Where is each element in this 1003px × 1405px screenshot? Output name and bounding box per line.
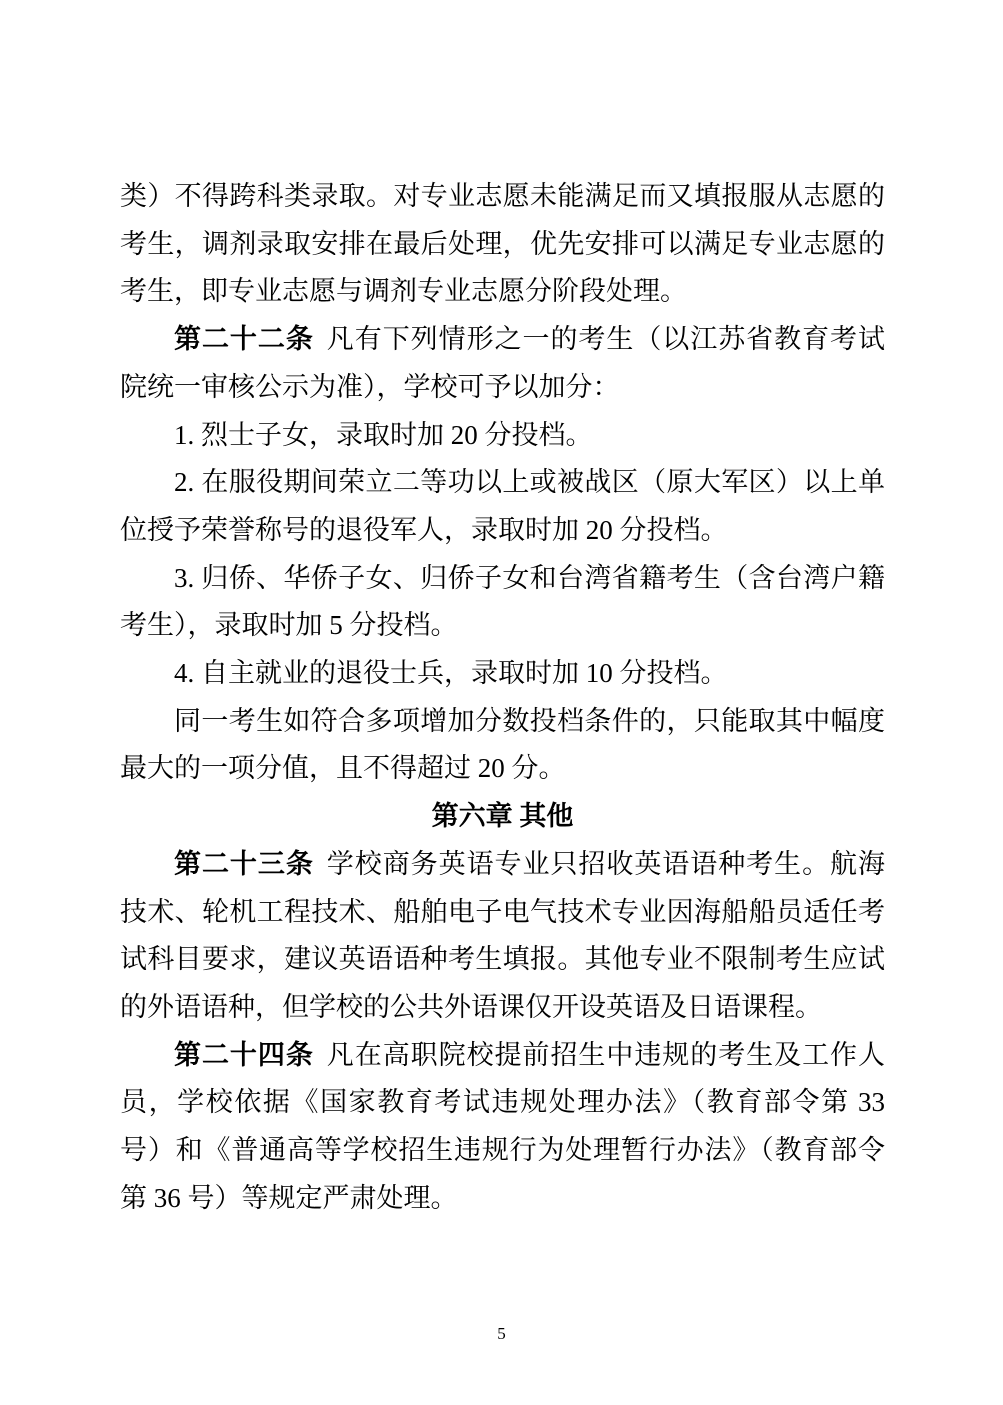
list-item-2: 2. 在服役期间荣立二等功以上或被战区（原大军区）以上单位授予荣誉称号的退役军人…	[120, 459, 885, 554]
list-item-1: 1. 烈士子女，录取时加 20 分投档。	[120, 412, 885, 460]
page-number: 5	[0, 1322, 1003, 1346]
article-24-number: 第二十四条	[174, 1040, 314, 1070]
document-body: 类）不得跨科类录取。对专业志愿未能满足而又填报服从志愿的考生，调剂录取安排在最后…	[120, 173, 885, 1222]
body-paragraph-continuation: 类）不得跨科类录取。对专业志愿未能满足而又填报服从志愿的考生，调剂录取安排在最后…	[120, 173, 885, 316]
article-22-number: 第二十二条	[174, 324, 314, 354]
list-item-3: 3. 归侨、华侨子女、归侨子女和台湾省籍考生（含台湾户籍考生），录取时加 5 分…	[120, 555, 885, 650]
article-24-paragraph: 第二十四条凡在高职院校提前招生中违规的考生及工作人员，学校依据《国家教育考试违规…	[120, 1032, 885, 1223]
article-22-paragraph: 第二十二条凡有下列情形之一的考生（以江苏省教育考试院统一审核公示为准），学校可予…	[120, 316, 885, 411]
article-23-paragraph: 第二十三条学校商务英语专业只招收英语语种考生。航海技术、轮机工程技术、船舶电子电…	[120, 841, 885, 1032]
list-item-4: 4. 自主就业的退役士兵，录取时加 10 分投档。	[120, 650, 885, 698]
article-23-number: 第二十三条	[174, 849, 314, 879]
document-page: 类）不得跨科类录取。对专业志愿未能满足而又填报服从志愿的考生，调剂录取安排在最后…	[0, 0, 1003, 1405]
note-paragraph: 同一考生如符合多项增加分数投档条件的，只能取其中幅度最大的一项分值，且不得超过 …	[120, 698, 885, 793]
chapter-6-heading: 第六章 其他	[120, 793, 885, 841]
